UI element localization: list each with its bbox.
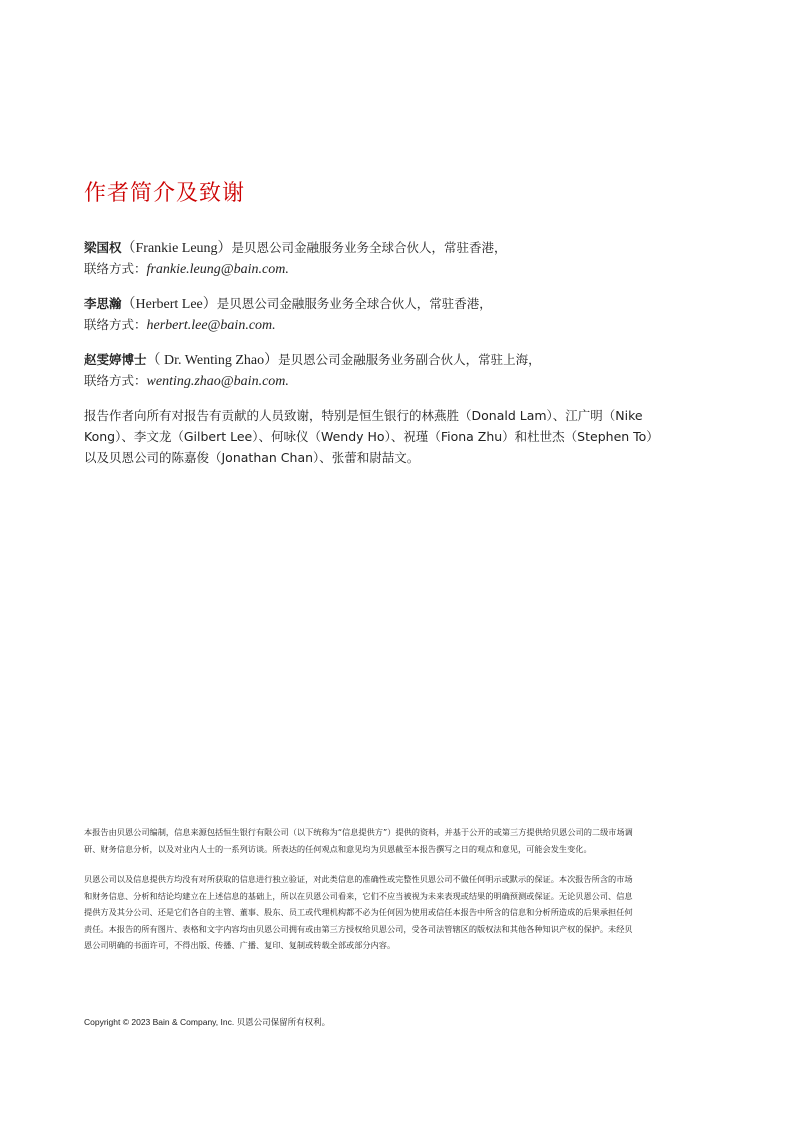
author-email: herbert.lee@bain.com. — [147, 318, 276, 333]
contact-label: 联络方式： — [84, 317, 147, 332]
author-name-cn: 梁国权 — [84, 240, 122, 255]
author-bio-frankie-leung: 梁国权（Frankie Leung）是贝恩公司金融服务业务全球合伙人，常驻香港，… — [84, 238, 704, 280]
page-title: 作者简介及致谢 — [84, 176, 245, 207]
author-name-cn: 李思瀚 — [84, 296, 122, 311]
author-email: frankie.leung@bain.com. — [147, 262, 289, 277]
disclaimer-line: 和财务信息、分析和结论均建立在上述信息的基础上，所以在贝恩公司看来，它们不应当被… — [84, 888, 709, 905]
author-description: 是贝恩公司金融服务业务副合伙人，常驻上海， — [278, 352, 541, 367]
author-email: wenting.zhao@bain.com. — [147, 374, 289, 389]
copyright-notice: Copyright © 2023 Bain & Company, Inc. 贝恩… — [84, 1016, 330, 1028]
contact-line: 联络方式：herbert.lee@bain.com. — [84, 315, 704, 336]
author-name-cn: 赵雯婷博士 — [84, 352, 147, 367]
author-line: 李思瀚（Herbert Lee）是贝恩公司金融服务业务全球合伙人，常驻香港， — [84, 294, 704, 315]
author-line: 梁国权（Frankie Leung）是贝恩公司金融服务业务全球合伙人，常驻香港， — [84, 238, 704, 259]
author-name-en: （Frankie Leung） — [122, 241, 232, 256]
acknowledgement-line: 报告作者向所有对报告有贡献的人员致谢，特别是恒生银行的林燕胜（Donald La… — [84, 405, 704, 426]
disclaimer-paragraph-liability: 贝恩公司以及信息提供方均没有对所获取的信息进行独立验证，对此类信息的准确性或完整… — [84, 871, 709, 954]
acknowledgement-line: Kong）、李文龙（Gilbert Lee）、何咏仪（Wendy Ho）、祝瑾（… — [84, 426, 704, 447]
disclaimer-line: 贝恩公司以及信息提供方均没有对所获取的信息进行独立验证，对此类信息的准确性或完整… — [84, 871, 709, 888]
disclaimer-paragraph-sources: 本报告由贝恩公司编制，信息来源包括恒生银行有限公司（以下统称为“信息提供方”）提… — [84, 824, 709, 857]
contact-line: 联络方式：frankie.leung@bain.com. — [84, 259, 704, 280]
author-line: 赵雯婷博士（ Dr. Wenting Zhao）是贝恩公司金融服务业务副合伙人，… — [84, 350, 704, 371]
author-description: 是贝恩公司金融服务业务全球合伙人，常驻香港， — [232, 240, 507, 255]
disclaimer-line: 研、财务信息分析，以及对业内人士的一系列访谈。所表达的任何观点和意见均为贝恩截至… — [84, 841, 709, 858]
acknowledgement-line: 以及贝恩公司的陈嘉俊（Jonathan Chan）、张蕾和尉喆文。 — [84, 447, 704, 468]
contact-label: 联络方式： — [84, 261, 147, 276]
author-name-en: （Herbert Lee） — [122, 297, 217, 312]
author-bio-herbert-lee: 李思瀚（Herbert Lee）是贝恩公司金融服务业务全球合伙人，常驻香港， 联… — [84, 294, 704, 336]
contact-line: 联络方式：wenting.zhao@bain.com. — [84, 371, 704, 392]
disclaimer-line: 提供方及其分公司、还是它们各自的主管、董事、股东、员工或代理机构都不必为任何因为… — [84, 904, 709, 921]
author-name-en: （ Dr. Wenting Zhao） — [147, 353, 279, 368]
acknowledgement-paragraph: 报告作者向所有对报告有贡献的人员致谢，特别是恒生银行的林燕胜（Donald La… — [84, 405, 704, 468]
disclaimer-line: 恩公司明确的书面许可，不得出版、传播、广播、复印、复制或转载全部或部分内容。 — [84, 937, 709, 954]
disclaimer-line: 责任。本报告的所有图片、表格和文字内容均由贝恩公司拥有或由第三方授权给贝恩公司，… — [84, 921, 709, 938]
author-description: 是贝恩公司金融服务业务全球合伙人，常驻香港， — [217, 296, 492, 311]
disclaimer-line: 本报告由贝恩公司编制，信息来源包括恒生银行有限公司（以下统称为“信息提供方”）提… — [84, 824, 709, 841]
contact-label: 联络方式： — [84, 373, 147, 388]
author-bio-wenting-zhao: 赵雯婷博士（ Dr. Wenting Zhao）是贝恩公司金融服务业务副合伙人，… — [84, 350, 704, 392]
